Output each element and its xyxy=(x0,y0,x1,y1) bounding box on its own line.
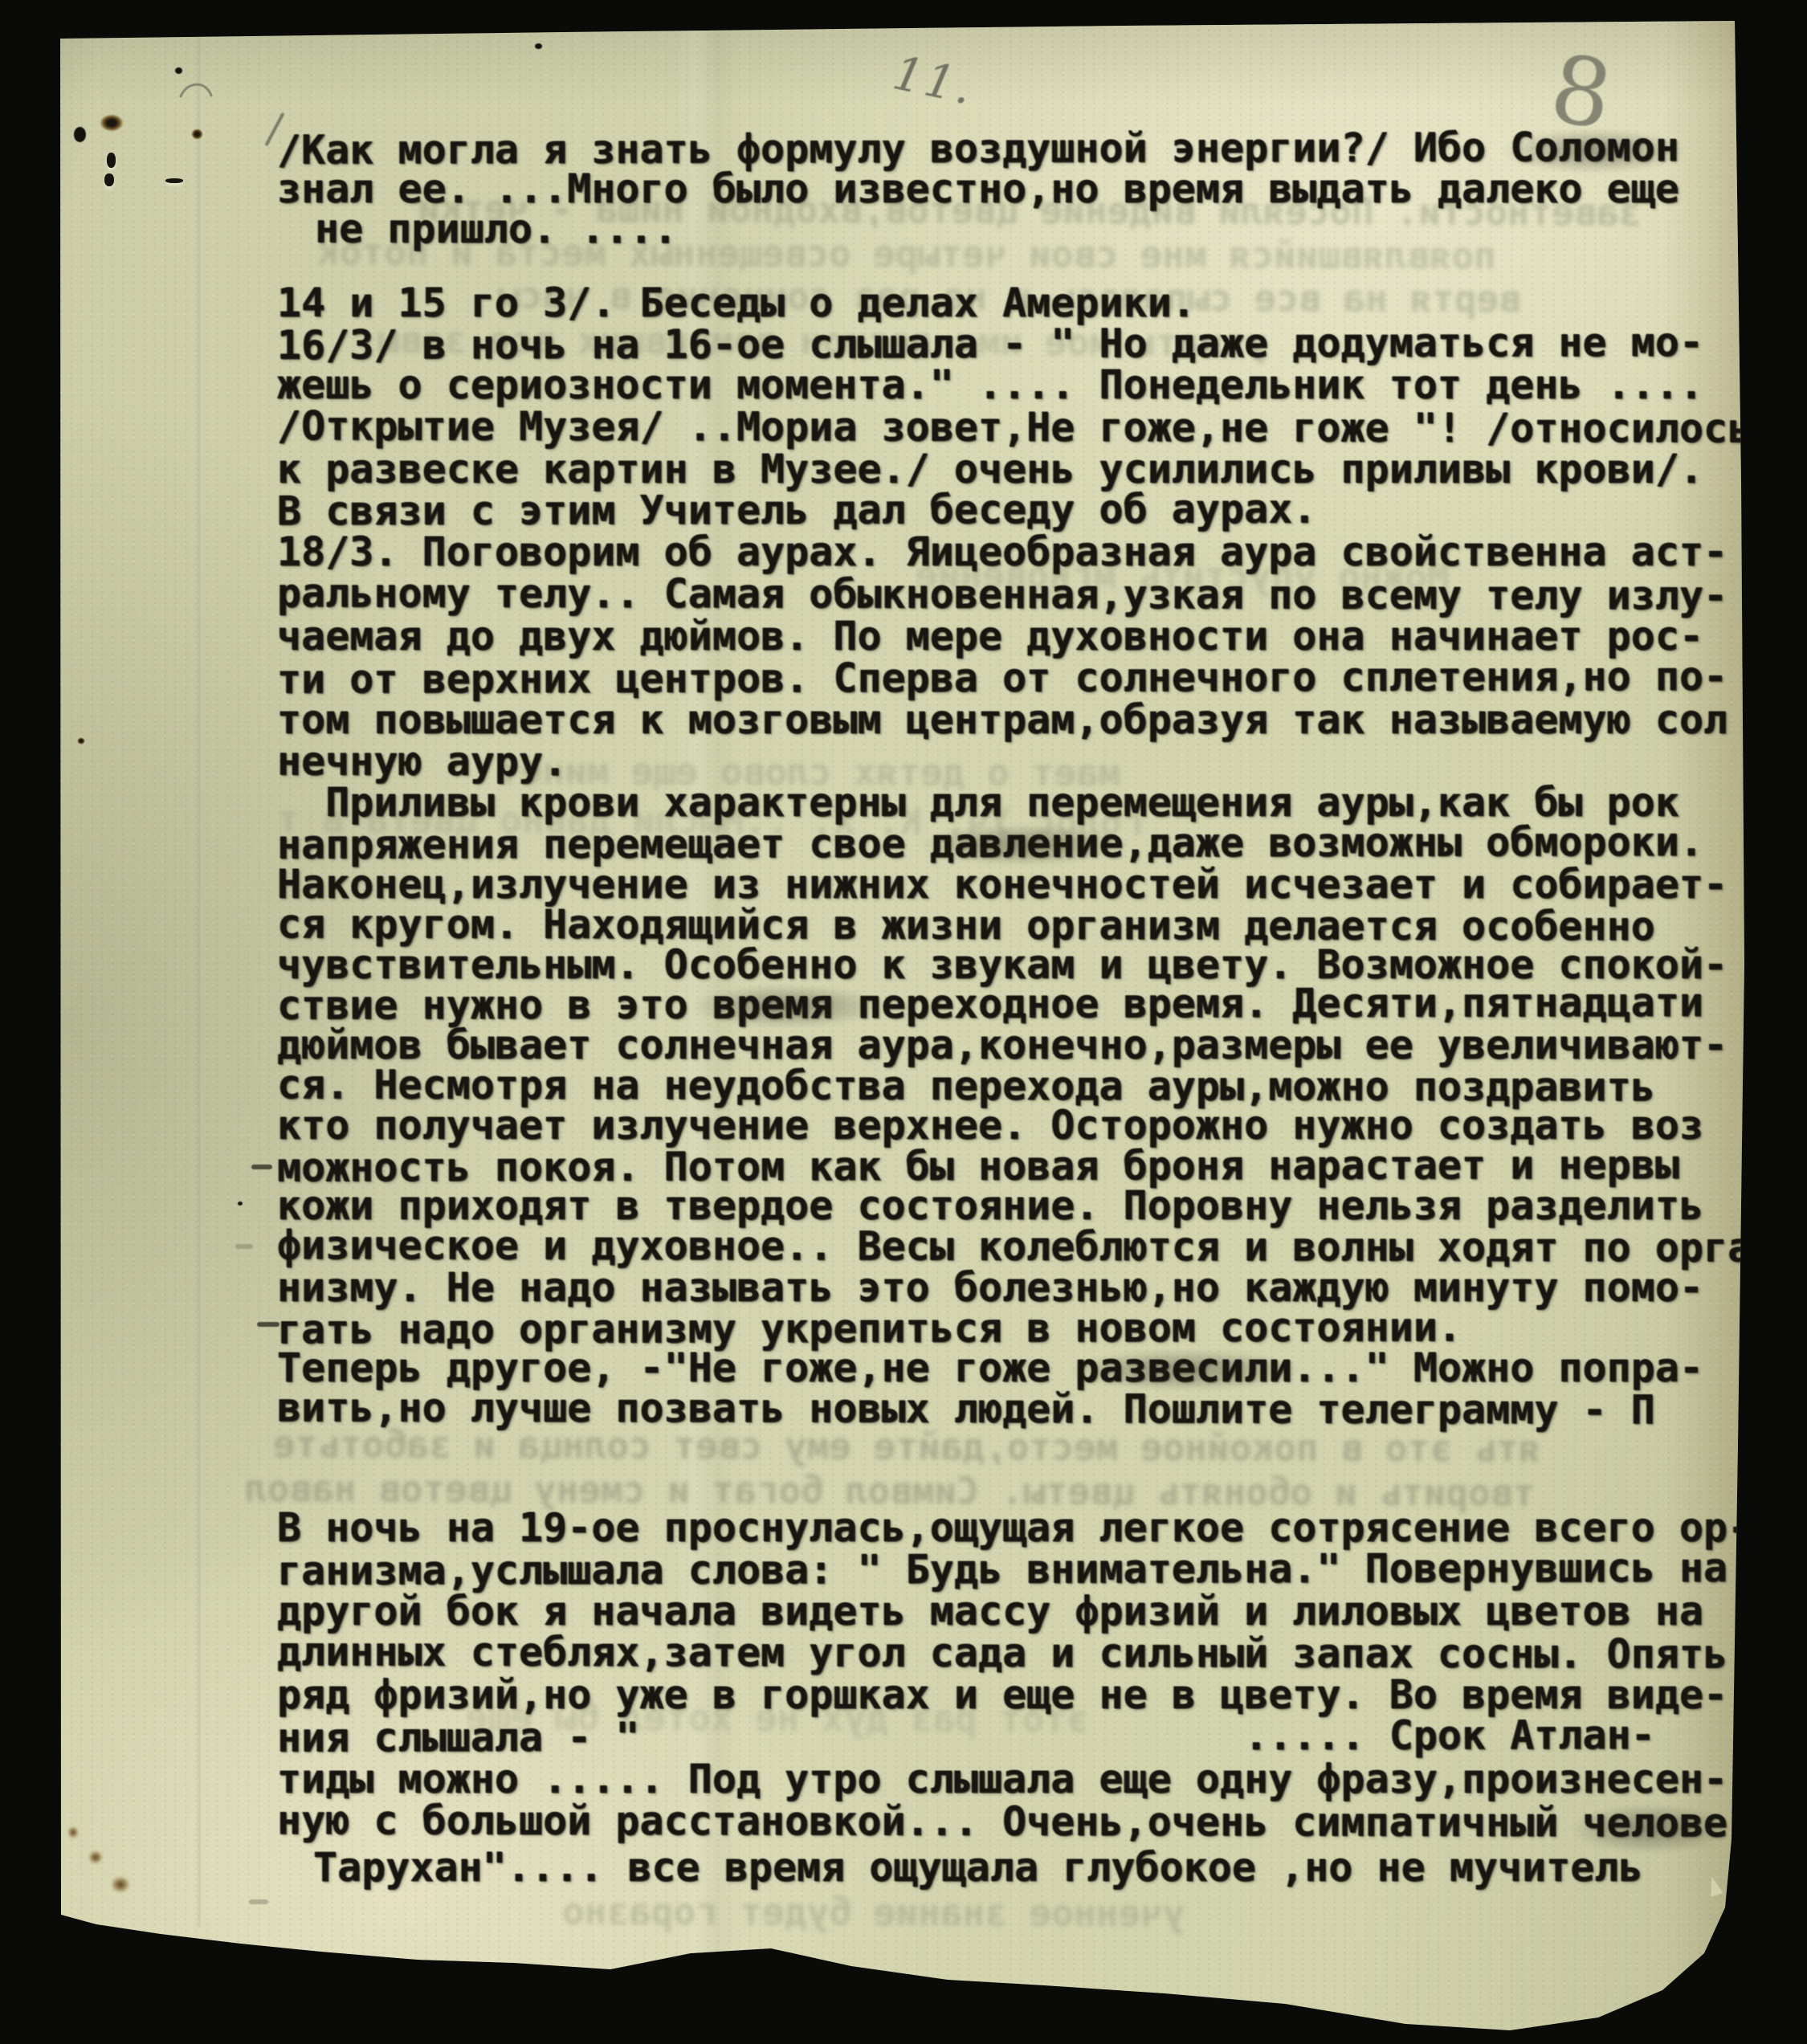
scan-vignette xyxy=(0,0,1807,2044)
paper-sheet: заветности. Посеяли видение цветов,входн… xyxy=(0,0,1807,2044)
scanned-page-scene: заветности. Посеяли видение цветов,входн… xyxy=(0,0,1807,2044)
